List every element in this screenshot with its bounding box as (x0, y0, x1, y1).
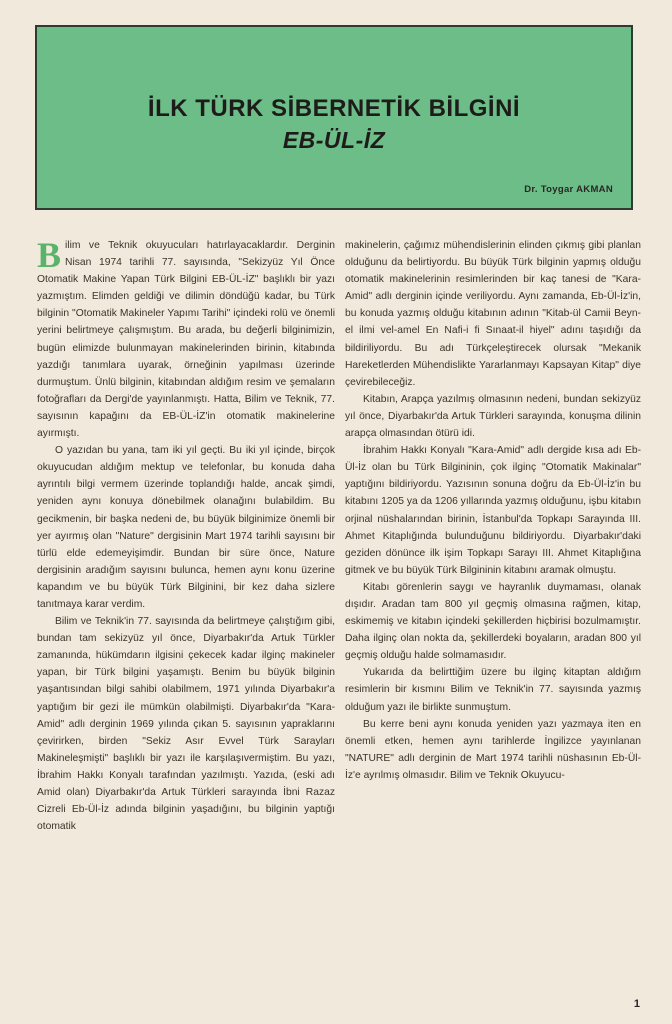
paragraph: Bilim ve Teknik'in 77. sayısında da beli… (37, 613, 335, 835)
drop-cap: B (37, 240, 61, 270)
title-banner: İLK TÜRK SİBERNETİK BİLGİNİ EB-ÜL-İZ Dr.… (35, 25, 633, 210)
paragraph: Kitabı görenlerin saygı ve hayranlık duy… (345, 579, 641, 664)
right-column: makinelerin, çağımız mühendislerinin eli… (345, 237, 641, 784)
left-column: Bilim ve Teknik okuyucuları hatırlayacak… (37, 237, 335, 835)
page-number: 1 (634, 998, 640, 1010)
paragraph: Kitabın, Arapça yazılmış olmasının neden… (345, 391, 641, 442)
article-subtitle: EB-ÜL-İZ (37, 127, 631, 154)
author-byline: Dr. Toygar AKMAN (524, 184, 613, 195)
magazine-page: İLK TÜRK SİBERNETİK BİLGİNİ EB-ÜL-İZ Dr.… (0, 0, 672, 1024)
paragraph: İbrahim Hakkı Konyalı "Kara-Amid" adlı d… (345, 442, 641, 579)
paragraph: Bu kerre beni aynı konuda yeniden yazı y… (345, 716, 641, 784)
article-title: İLK TÜRK SİBERNETİK BİLGİNİ (37, 95, 631, 123)
paragraph-text: ilim ve Teknik okuyucuları hatırlayacakl… (37, 240, 335, 439)
paragraph: makinelerin, çağımız mühendislerinin eli… (345, 237, 641, 391)
paragraph: Bilim ve Teknik okuyucuları hatırlayacak… (37, 237, 335, 442)
paragraph: Yukarıda da belirttiğim üzere bu ilginç … (345, 664, 641, 715)
paragraph: O yazıdan bu yana, tam iki yıl geçti. Bu… (37, 442, 335, 613)
